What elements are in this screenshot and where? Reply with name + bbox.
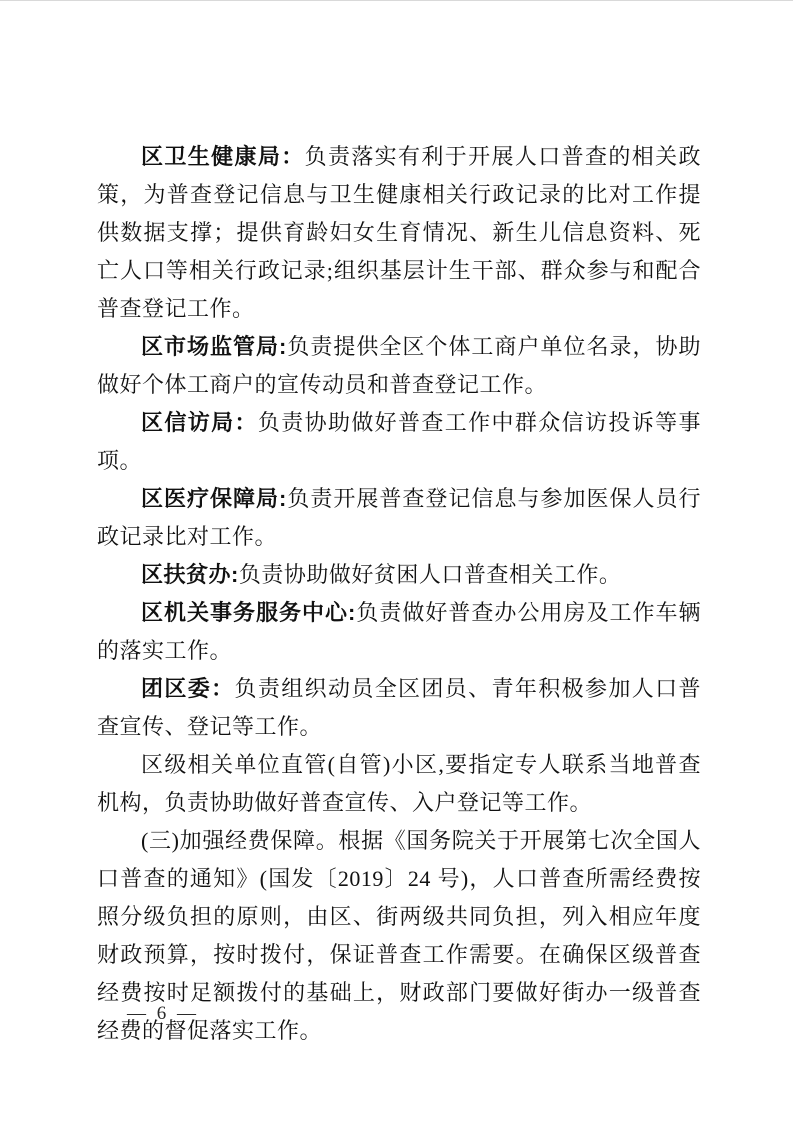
paragraph-health-bureau: 区卫生健康局：负责落实有利于开展人口普查的相关政策，为普查登记信息与卫生健康相关… xyxy=(97,138,701,328)
department-name: 区市场监管局: xyxy=(141,334,287,359)
paragraph-medical-security-bureau: 区医疗保障局:负责开展普查登记信息与参加医保人员行政记录比对工作。 xyxy=(97,480,701,556)
paragraph-poverty-alleviation-office: 区扶贫办:负责协助做好贫困人口普查相关工作。 xyxy=(97,556,701,594)
paragraph-market-regulation-bureau: 区市场监管局:负责提供全区个体工商户单位名录，协助做好个体工商户的宣传动员和普查… xyxy=(97,328,701,404)
page-number: — 6 — xyxy=(127,1001,199,1027)
department-name: 团区委： xyxy=(141,676,234,701)
paragraph-district-managed-communities: 区级相关单位直管(自管)小区,要指定专人联系当地普查机构，负责协助做好普查宣传、… xyxy=(97,746,701,822)
paragraph-text: 负责协助做好贫困人口普查相关工作。 xyxy=(239,562,622,587)
document-text-block: 区卫生健康局：负责落实有利于开展人口普查的相关政策，为普查登记信息与卫生健康相关… xyxy=(97,138,701,1050)
scan-edge-line xyxy=(0,0,793,1)
paragraph-text: 负责落实有利于开展人口普查的相关政策，为普查登记信息与卫生健康相关行政记录的比对… xyxy=(97,144,701,321)
paragraph-petition-bureau: 区信访局：负责协助做好普查工作中群众信访投诉等事项。 xyxy=(97,404,701,480)
department-name: 区机关事务服务中心: xyxy=(141,600,356,625)
department-name: 区扶贫办: xyxy=(141,562,239,587)
department-name: 区医疗保障局: xyxy=(141,486,287,511)
paragraph-text: 区级相关单位直管(自管)小区,要指定专人联系当地普查机构，负责协助做好普查宣传、… xyxy=(97,752,701,815)
paragraph-youth-league-committee: 团区委：负责组织动员全区团员、青年积极参加人口普查宣传、登记等工作。 xyxy=(97,670,701,746)
paragraph-agency-affairs-center: 区机关事务服务中心:负责做好普查办公用房及工作车辆的落实工作。 xyxy=(97,594,701,670)
department-name: 区信访局： xyxy=(141,410,258,435)
department-name: 区卫生健康局： xyxy=(141,144,305,169)
